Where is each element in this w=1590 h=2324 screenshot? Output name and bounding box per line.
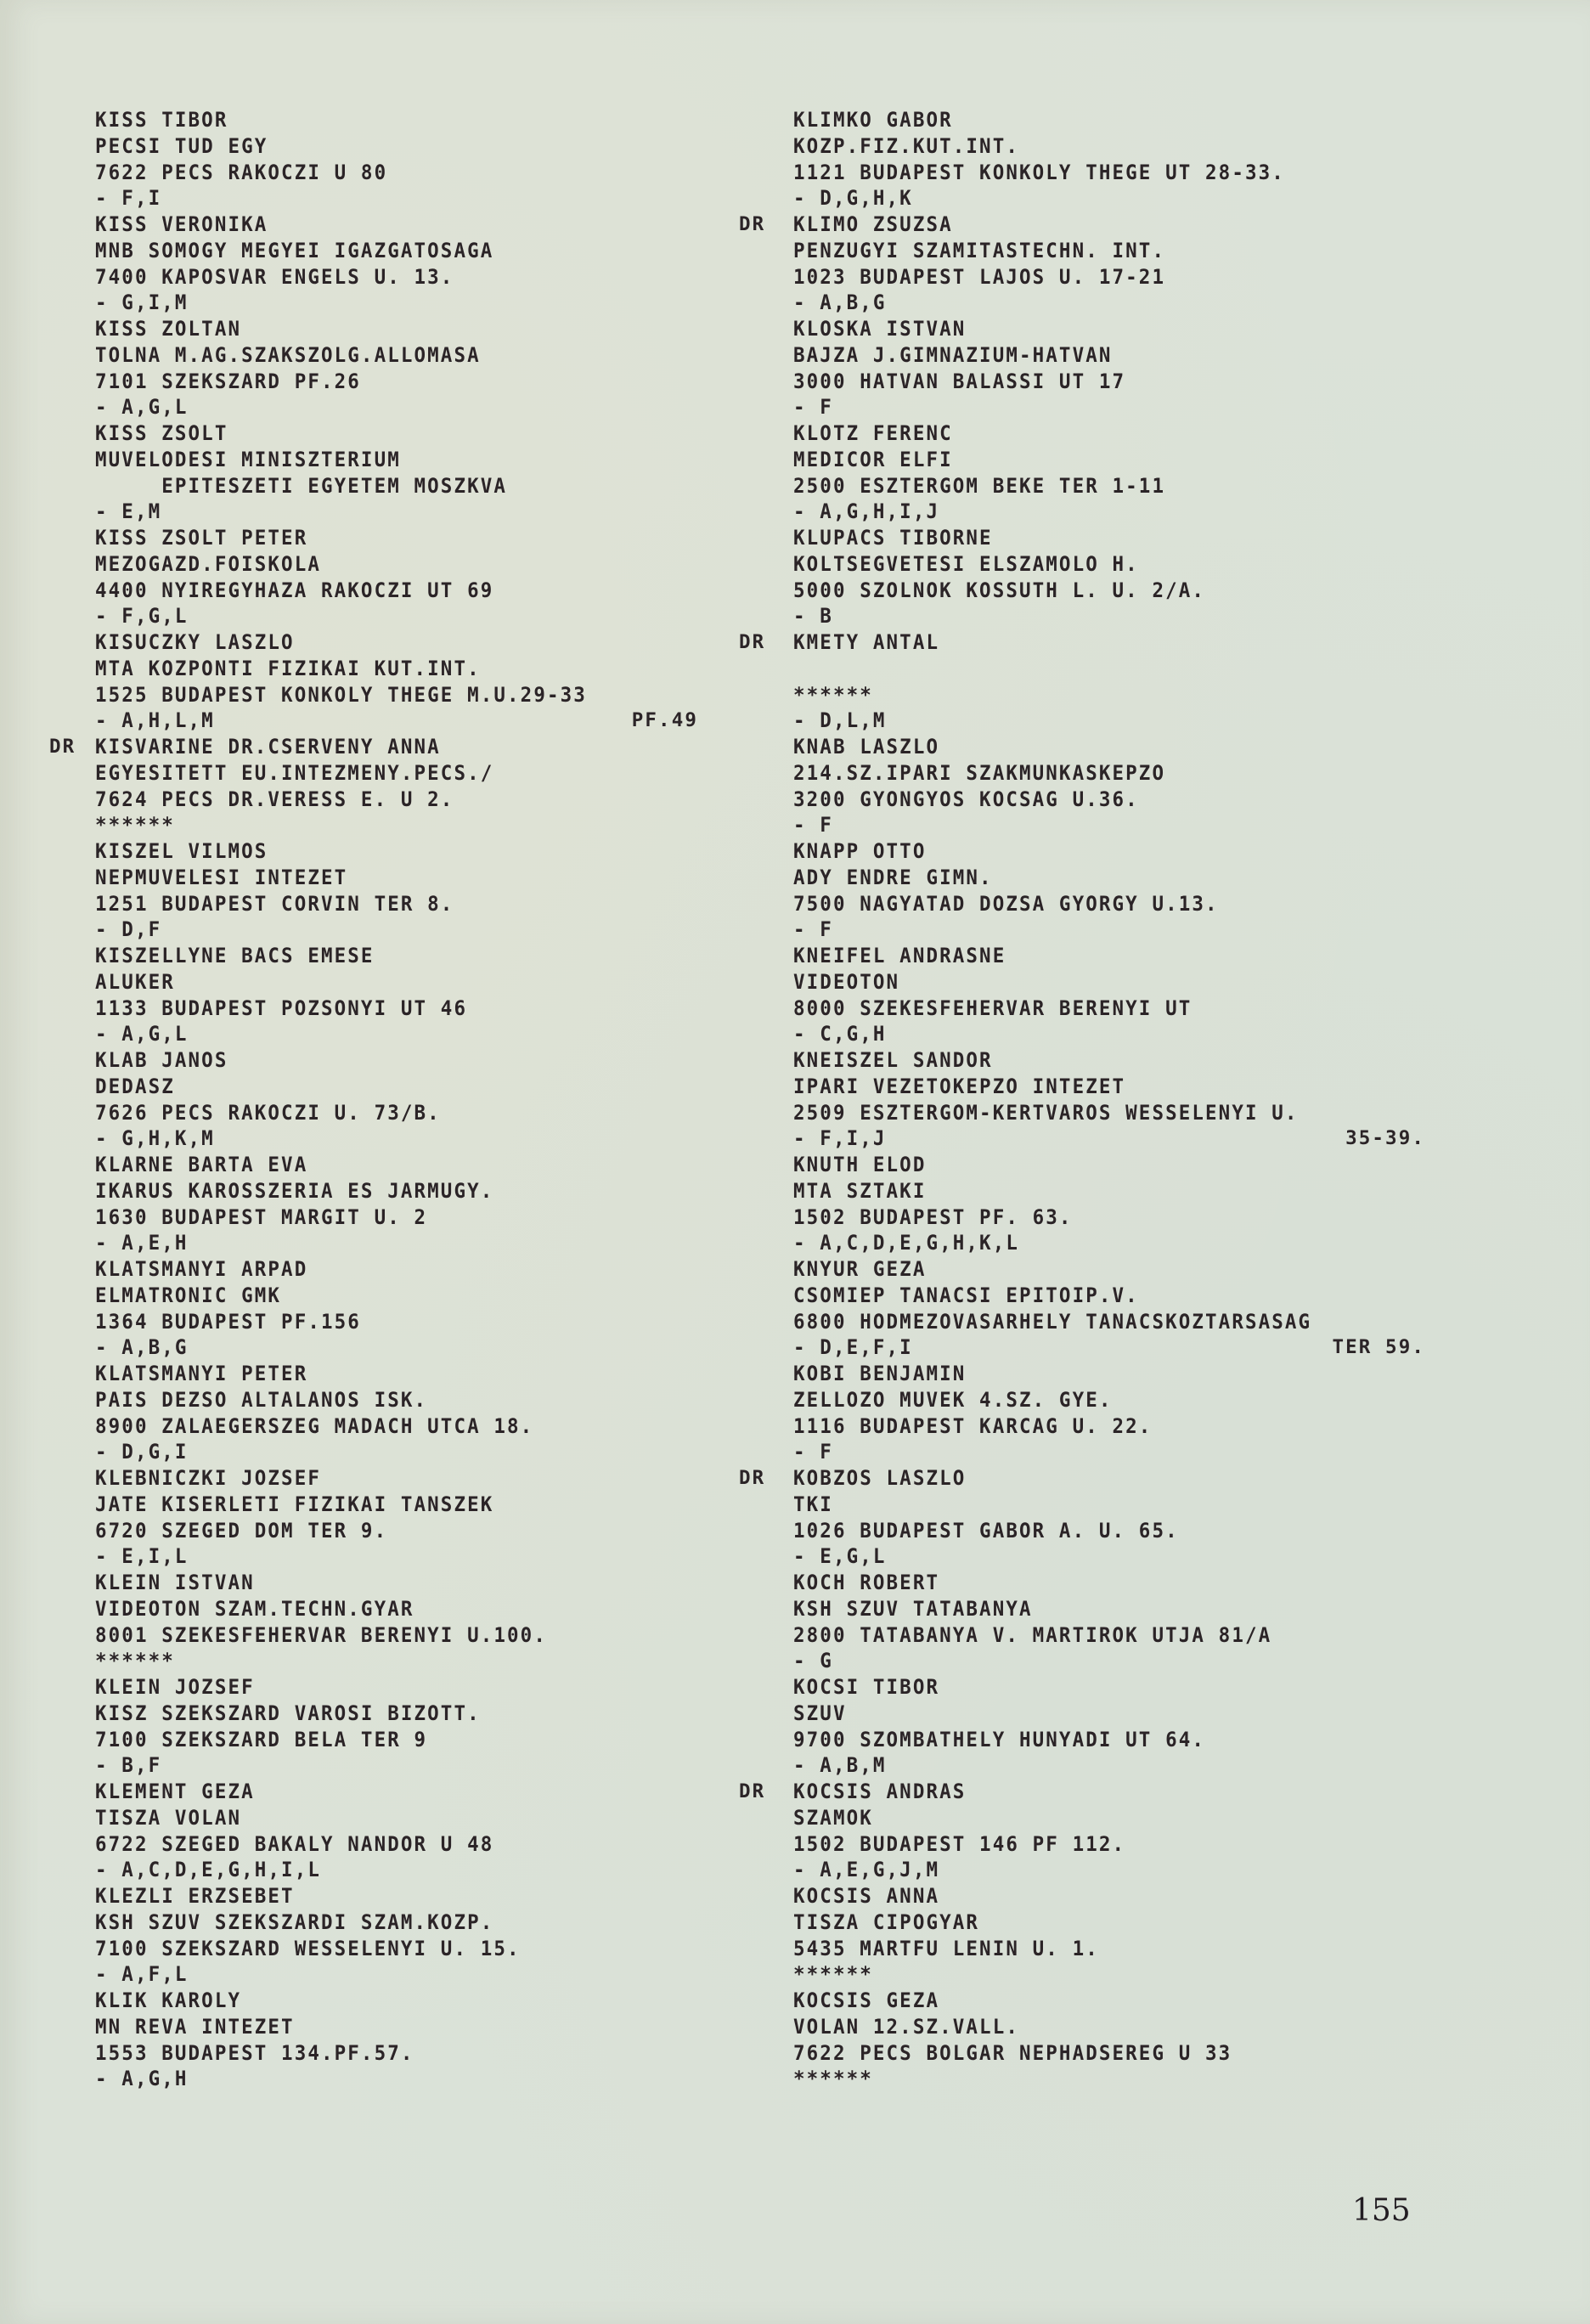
entry-line: KOLTSEGVETESI ELSZAMOLO H. <box>793 551 1139 578</box>
category-codes: - B <box>793 603 833 630</box>
entry-line: 2509 ESZTERGOM-KERTVAROS WESSELENYI U. <box>793 1100 1299 1127</box>
entry-line: 214.SZ.IPARI SZAKMUNKASKEPZO <box>793 760 1165 787</box>
entry-line: KOCSIS ANNA <box>793 1883 939 1910</box>
entry-line: KLIMO ZSUZSA <box>793 212 953 239</box>
title-prefix: DR <box>739 212 765 237</box>
entry-line: KSH SZUV TATABANYA <box>793 1596 1033 1623</box>
category-codes: - F <box>793 917 833 944</box>
entry-line: KNEISZEL SANDOR <box>793 1047 993 1075</box>
category-codes: - A,B,M <box>793 1752 887 1780</box>
entry-line: 2800 TATABANYA V. MARTIROK UTJA 81/A <box>793 1622 1271 1650</box>
entry-line: KOBI BENJAMIN <box>793 1361 966 1388</box>
entry-line: 1116 BUDAPEST KARCAG U. 22. <box>793 1413 1152 1441</box>
entry-line: VOLAN 12.SZ.VALL. <box>793 2014 1019 2041</box>
entry-line: MEDICOR ELFI <box>793 447 953 474</box>
entry-line: KNAB LASZLO <box>793 734 939 761</box>
entry-line: 9700 SZOMBATHELY HUNYADI UT 64. <box>793 1727 1205 1754</box>
entry-line: KLUPACS TIBORNE <box>793 525 993 552</box>
entry-line: KMETY ANTAL <box>793 629 939 657</box>
entry-line: 1502 BUDAPEST PF. 63. <box>793 1204 1073 1232</box>
entry-line: KOZP.FIZ.KUT.INT. <box>793 133 1019 161</box>
entry-line: CSOMIEP TANACSI EPITOIP.V. <box>793 1283 1139 1310</box>
entry-line: IPARI VEZETOKEPZO INTEZET <box>793 1074 1125 1101</box>
category-codes: - F <box>793 394 833 421</box>
category-codes: - C,G,H <box>793 1021 887 1048</box>
entry-line: KOCH ROBERT <box>793 1570 939 1597</box>
entry-line: KLOTZ FERENC <box>793 420 953 448</box>
entry-line: SZAMOK <box>793 1805 873 1832</box>
category-codes: - D,G,H,K <box>793 185 913 212</box>
category-codes: - A,B,G <box>793 290 887 317</box>
entry-line: 5000 SZOLNOK KOSSUTH L. U. 2/A. <box>793 578 1205 605</box>
entry-line: 3200 GYONGYOS KOCSAG U.36. <box>793 787 1139 814</box>
category-codes: - F <box>793 1439 833 1466</box>
separator-stars: ****** <box>793 682 873 709</box>
category-codes: - D,E,F,I <box>793 1334 913 1362</box>
entry-line: KLOSKA ISTVAN <box>793 316 966 343</box>
category-codes: - A,E,G,J,M <box>793 1857 939 1884</box>
category-codes: - D,L,M <box>793 708 887 735</box>
address-continuation: 35-39. <box>1345 1125 1425 1151</box>
category-codes: - A,G,H,I,J <box>793 499 939 526</box>
page-number: 155 <box>1352 2193 1411 2228</box>
entry-line: KOCSIS ANDRAS <box>793 1779 966 1806</box>
category-codes: - E,G,L <box>793 1543 887 1571</box>
entry-line: 1026 BUDAPEST GABOR A. U. 65. <box>793 1518 1179 1545</box>
category-codes: - A,C,D,E,G,H,K,L <box>793 1230 1019 1257</box>
entry-line: ADY ENDRE GIMN. <box>793 865 993 892</box>
entry-line: KOCSIS GEZA <box>793 1988 939 2015</box>
entry-line: TISZA CIPOGYAR <box>793 1909 979 1937</box>
entry-line: TKI <box>793 1492 833 1519</box>
entry-line: BAJZA J.GIMNAZIUM-HATVAN <box>793 342 1113 369</box>
title-prefix: DR <box>739 629 765 655</box>
entry-line: ZELLOZO MUVEK 4.SZ. GYE. <box>793 1387 1113 1414</box>
entry-line: KNAPP OTTO <box>793 838 926 866</box>
title-prefix: DR <box>739 1465 765 1491</box>
entry-line: 7622 PECS BOLGAR NEPHADSEREG U 33 <box>793 2040 1232 2067</box>
right-column-listing: KLIMKO GABORKOZP.FIZ.KUT.INT.1121 BUDAPE… <box>0 0 1590 2324</box>
entry-line: KNUTH ELOD <box>793 1152 926 1179</box>
category-codes: - F,I,J <box>793 1125 887 1153</box>
entry-line: KLIMKO GABOR <box>793 107 953 134</box>
entry-line: KNEIFEL ANDRASNE <box>793 943 1006 970</box>
entry-line: VIDEOTON <box>793 969 899 996</box>
entry-line: 1502 BUDAPEST 146 PF 112. <box>793 1831 1125 1859</box>
entry-line: 6800 HODMEZOVASARHELY TANACSKOZTARSASAG <box>793 1309 1311 1336</box>
entry-line: 7500 NAGYATAD DOZSA GYORGY U.13. <box>793 891 1219 918</box>
entry-line: KOBZOS LASZLO <box>793 1465 966 1492</box>
entry-line: 5435 MARTFU LENIN U. 1. <box>793 1936 1099 1963</box>
category-codes: - F <box>793 812 833 839</box>
entry-line: 1121 BUDAPEST KONKOLY THEGE UT 28-33. <box>793 160 1285 187</box>
entry-line: KNYUR GEZA <box>793 1256 926 1283</box>
separator-stars: ****** <box>793 1961 873 1988</box>
entry-line: 3000 HATVAN BALASSI UT 17 <box>793 369 1125 396</box>
entry-line: MTA SZTAKI <box>793 1178 926 1205</box>
entry-line: KOCSI TIBOR <box>793 1674 939 1701</box>
entry-line: PENZUGYI SZAMITASTECHN. INT. <box>793 238 1165 265</box>
category-codes: - G <box>793 1648 833 1675</box>
entry-line: 2500 ESZTERGOM BEKE TER 1-11 <box>793 473 1165 500</box>
address-continuation: TER 59. <box>1332 1334 1425 1360</box>
entry-line: 1023 BUDAPEST LAJOS U. 17-21 <box>793 264 1165 291</box>
entry-line: SZUV <box>793 1701 847 1728</box>
title-prefix: DR <box>739 1779 765 1804</box>
entry-line: 8000 SZEKESFEHERVAR BERENYI UT <box>793 996 1192 1023</box>
separator-stars: ****** <box>793 2066 873 2093</box>
